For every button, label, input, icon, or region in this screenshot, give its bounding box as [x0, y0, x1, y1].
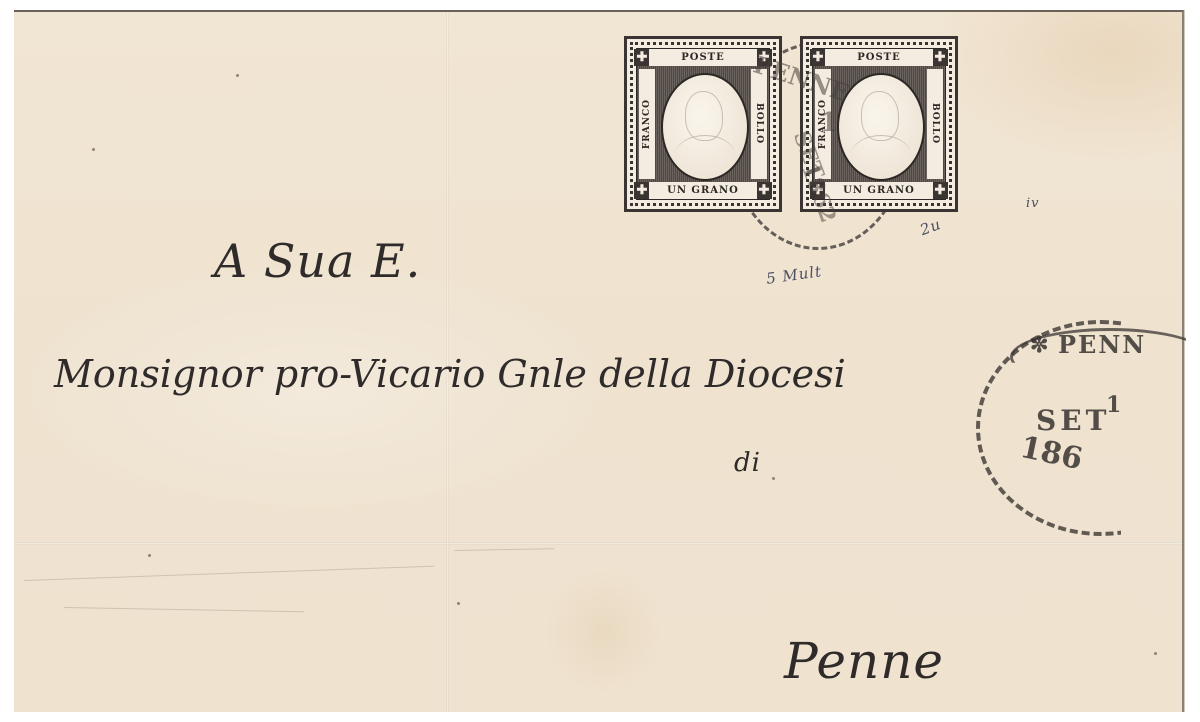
crease-line [454, 548, 554, 551]
stamp-left-label: FRANCO [639, 69, 655, 179]
paper-speck [236, 74, 239, 77]
embossed-bust [851, 135, 911, 176]
letter-cover: ✚ ✚ ✚ ✚ POSTE UN GRANO FRANCO BOLLO ✚ ✚ … [14, 10, 1184, 712]
stamp-value-label: UN GRANO [649, 182, 757, 199]
pencil-annotation: 2u [918, 215, 944, 239]
pencil-annotation: iv [1026, 196, 1040, 211]
embossed-portrait-oval [837, 73, 925, 181]
paper-speck [772, 477, 775, 480]
side-postmark-month: SET [1036, 404, 1110, 437]
stamp-value-label: UN GRANO [825, 182, 933, 199]
cross-icon: ✚ [932, 49, 948, 66]
paper-speck [457, 602, 460, 605]
address-city: Penne [784, 632, 944, 690]
paper-speck [92, 148, 95, 151]
cross-icon: ✚ [756, 182, 772, 199]
paper-speck [148, 554, 151, 557]
address-preposition: di [734, 448, 761, 478]
cross-icon: ✚ [932, 182, 948, 199]
cross-icon: ✚ [810, 49, 826, 66]
embossed-bust [675, 135, 735, 176]
side-postmark-town: PENN [1058, 330, 1146, 359]
stamp-top-label: POSTE [825, 49, 933, 66]
crease-line [64, 607, 304, 612]
stamp-right-label: BOLLO [927, 69, 943, 179]
address-salutation: A Sua E. [214, 234, 421, 288]
pencil-annotation: 5 Mult [765, 262, 823, 288]
stamp-right-label: BOLLO [751, 69, 767, 179]
star-ornament-icon: ✼ [1030, 332, 1048, 358]
address-recipient: Monsignor pro-Vicario Gnle della Diocesi [54, 352, 846, 396]
embossed-portrait-oval [661, 73, 749, 181]
stamp-top-label: POSTE [649, 49, 757, 66]
cancel-postmark-day: 1 [820, 108, 838, 138]
paper-speck [1154, 652, 1157, 655]
embossed-head [685, 91, 723, 141]
crease-line [24, 566, 434, 581]
cross-icon: ✚ [634, 49, 650, 66]
cross-icon: ✚ [634, 182, 650, 199]
horizontal-fold [14, 542, 1182, 545]
embossed-head [861, 91, 899, 141]
